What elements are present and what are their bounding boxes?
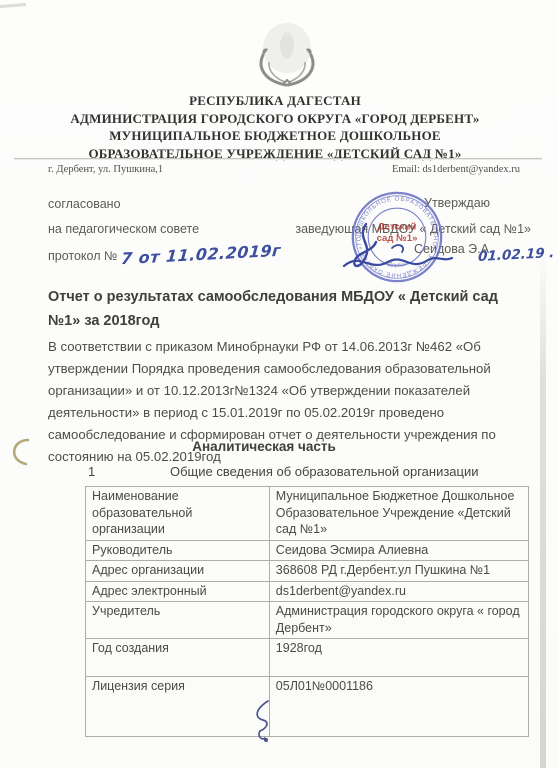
table-row: Лицензия серия 05Л01№0001186 bbox=[86, 677, 529, 737]
handwritten-signature bbox=[332, 218, 482, 280]
table-row: Учредитель Администрация городского окру… bbox=[86, 602, 529, 639]
table-row: Руководитель Сеидова Эсмира Алиевна bbox=[86, 540, 529, 561]
section-heading: Аналитическая часть bbox=[0, 439, 528, 454]
org-address: г. Дербент, ул. Пушкина,1 bbox=[48, 164, 163, 175]
org-email: Email: ds1derbent@yandex.ru bbox=[392, 164, 520, 175]
row-label-cell: Адрес организации bbox=[86, 561, 270, 582]
table-row: Адрес электронный ds1derbent@yandex.ru bbox=[86, 581, 529, 602]
pen-squiggle-mark bbox=[246, 698, 282, 748]
org-info-table: Наименование образовательной организации… bbox=[85, 486, 529, 737]
scanned-document-page: РЕСПУБЛИКА ДАГЕСТАН АДМИНИСТРАЦИЯ ГОРОДС… bbox=[0, 0, 558, 768]
table-row: Наименование образовательной организации… bbox=[86, 487, 529, 541]
address-row: г. Дербент, ул. Пушкина,1 Email: ds1derb… bbox=[48, 164, 520, 175]
scan-edge-shadow bbox=[540, 250, 546, 768]
row-value-cell: 368608 РД г.Дербент.ул Пушкина №1 bbox=[269, 561, 528, 582]
agreement-protocol-line: протокол №7 от 11.02.2019г bbox=[48, 245, 282, 264]
section-subheading: Общие сведения об образовательной органи… bbox=[170, 464, 479, 479]
protocol-label: протокол № bbox=[48, 249, 117, 263]
letterhead-line-4: ОБРАЗОВАТЕЛЬНОЕ УЧРЕЖДЕНИЕ «ДЕТСКИЙ САД … bbox=[0, 145, 550, 163]
coat-of-arms-icon bbox=[232, 22, 342, 92]
row-label-cell: Учредитель bbox=[86, 602, 270, 639]
row-value-cell: Сеидова Эсмира Алиевна bbox=[269, 540, 528, 561]
agreement-line-1: согласовано bbox=[48, 197, 121, 211]
row-label-cell: Адрес электронный bbox=[86, 581, 270, 602]
letterhead-line-3: МУНИЦИПАЛЬНОЕ БЮДЖЕТНОЕ ДОШКОЛЬНОЕ bbox=[0, 127, 550, 145]
pen-mark-c bbox=[4, 436, 32, 468]
row-value-cell: 05Л01№0001186 bbox=[269, 677, 528, 737]
row-label-cell: Наименование образовательной организации bbox=[86, 487, 270, 541]
row-value-cell: ds1derbent@yandex.ru bbox=[269, 581, 528, 602]
row-value-cell: Администрация городского округа « город … bbox=[269, 602, 528, 639]
section-number: 1 bbox=[88, 464, 95, 479]
document-title: Отчет о результатах самообследования МБД… bbox=[48, 286, 526, 333]
table-row: Адрес организации 368608 РД г.Дербент.ул… bbox=[86, 561, 529, 582]
letterhead-line-1: РЕСПУБЛИКА ДАГЕСТАН bbox=[0, 92, 550, 110]
protocol-number-handwriting: 7 от 11.02.2019г bbox=[121, 241, 283, 268]
letterhead: РЕСПУБЛИКА ДАГЕСТАН АДМИНИСТРАЦИЯ ГОРОДС… bbox=[0, 92, 550, 162]
row-label-cell: Лицензия серия bbox=[86, 677, 270, 737]
row-label-cell: Руководитель bbox=[86, 540, 270, 561]
letterhead-line-2: АДМИНИСТРАЦИЯ ГОРОДСКОГО ОКРУГА «ГОРОД Д… bbox=[0, 110, 550, 128]
row-value-cell: Муниципальное Бюджетное Дошкольное Образ… bbox=[269, 487, 528, 541]
agreement-line-2: на педагогическом совете bbox=[48, 222, 199, 236]
row-value-cell: 1928год bbox=[269, 639, 528, 677]
row-label-cell: Год создания bbox=[86, 639, 270, 677]
scan-artifact-dash bbox=[0, 3, 26, 8]
table-row: Год создания 1928год bbox=[86, 639, 529, 677]
header-divider bbox=[14, 158, 542, 159]
